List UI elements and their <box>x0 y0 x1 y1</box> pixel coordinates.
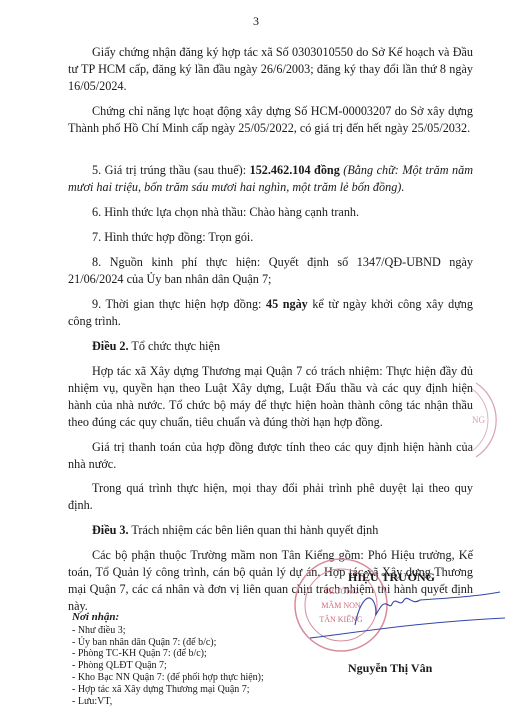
paragraph-item-8: 8. Nguồn kinh phí thực hiện: Quyết định … <box>68 254 473 288</box>
contract-value: 152.462.104 đồng <box>250 163 340 177</box>
paragraph-item-5: 5. Giá trị trúng thầu (sau thuế): 152.46… <box>68 162 473 196</box>
recipient-item: - Phòng TC-KH Quận 7: (để b/c); <box>72 648 272 660</box>
recipients-block: Nơi nhận: - Như điều 3; - Ủy ban nhân dâ… <box>72 612 272 707</box>
recipient-item: - Kho Bạc NN Quận 7: (để phối hợp thực h… <box>72 672 272 684</box>
recipient-item: - Hợp tác xã Xây dựng Thương mại Quận 7; <box>72 684 272 696</box>
signer-title: HIỆU TRƯỞNG <box>348 570 435 585</box>
signer-name: Nguyễn Thị Vân <box>348 661 432 676</box>
item5-label: 5. Giá trị trúng thầu (sau thuế): <box>92 163 250 177</box>
article-2-paragraph-2: Giá trị thanh toán của hợp đồng được tín… <box>68 439 473 473</box>
article-2-title: Tổ chức thực hiện <box>129 339 221 353</box>
item9-label: 9. Thời gian thực hiện hợp đồng: <box>92 297 266 311</box>
article-2-heading: Điều 2. Tổ chức thực hiện <box>68 338 473 355</box>
recipient-item: - Phòng QLĐT Quận 7; <box>72 660 272 672</box>
recipient-item: - Ủy ban nhân dân Quận 7: (để b/c); <box>72 637 272 649</box>
paragraph-capability-certificate: Chứng chỉ năng lực hoạt động xây dựng Số… <box>68 103 473 137</box>
partial-stamp-edge-icon: NG <box>472 375 512 465</box>
article-3-label: Điều 3. <box>92 523 129 537</box>
page-number: 3 <box>0 14 512 29</box>
article-3-title: Trách nhiệm các bên liên quan thi hành q… <box>129 523 379 537</box>
article-2-paragraph-1: Hợp tác xã Xây dựng Thương mại Quận 7 có… <box>68 363 473 431</box>
article-2-paragraph-3: Trong quá trình thực hiện, mọi thay đổi … <box>68 480 473 514</box>
article-3-heading: Điều 3. Trách nhiệm các bên liên quan th… <box>68 522 473 539</box>
contract-duration: 45 ngày <box>266 297 308 311</box>
paragraph-registration-certificate: Giấy chứng nhận đăng ký hợp tác xã Số 03… <box>68 44 473 95</box>
paragraph-item-7: 7. Hình thức hợp đồng: Trọn gói. <box>68 229 473 246</box>
paragraph-item-6: 6. Hình thức lựa chọn nhà thầu: Chào hàn… <box>68 204 473 221</box>
svg-text:NG: NG <box>472 415 485 425</box>
recipient-item: - Như điều 3; <box>72 625 272 637</box>
recipient-item: - Lưu:VT, <box>72 696 272 708</box>
paragraph-item-9: 9. Thời gian thực hiện hợp đồng: 45 ngày… <box>68 296 473 330</box>
recipients-title: Nơi nhận: <box>72 612 272 624</box>
article-2-label: Điều 2. <box>92 339 129 353</box>
